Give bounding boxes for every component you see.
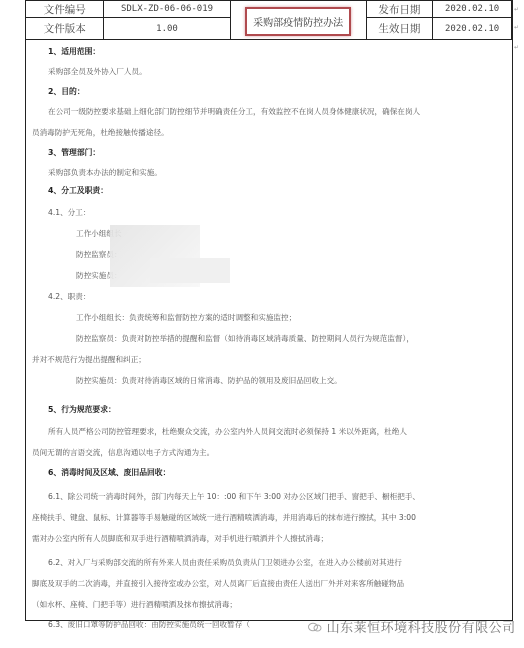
paragraph-mark: ↵: [514, 6, 519, 13]
section-6-1-line1: 6.1、除公司统一消毒时间外，部门内每天上午 10：:00 和下午 3:00 对…: [48, 492, 420, 502]
section-4-2-heading: 4.2、职责：: [48, 292, 90, 302]
section-1-text: 采购部全员及外协入厂人员。: [48, 67, 147, 77]
section-5-line1: 所有人员严格公司防控管理要求，杜绝聚众交流，办公室内外人员间交流时必须保持 1 …: [48, 427, 407, 437]
document-page: [25, 0, 513, 621]
section-2-line1: 在公司一级防控要求基础上细化部门防控细节并明确责任分工，有效监控不在岗人员身体健…: [48, 107, 420, 117]
wechat-icon: [308, 622, 322, 632]
title-cell: 采购部疫情防控办法: [230, 1, 366, 40]
section-3-text: 采购部负责本办法的制定和实施。: [48, 168, 162, 178]
file-version-label: 文件版本: [26, 18, 104, 40]
header-table: 文件编号 SDLX-ZD-06-06-019 采购部疫情防控办法 发布日期 20…: [25, 0, 512, 40]
section-5-heading: 5、行为规范要求：: [48, 405, 116, 415]
publish-date-label: 发布日期: [366, 1, 433, 18]
section-6-3-line1: 6.3、废旧口罩等防护品回收：由防控实施员统一回收暂存（: [48, 620, 250, 630]
watermark: 山东莱恒环境科技股份有限公司: [308, 617, 516, 636]
section-6-2-line1: 6.2、对入厂与采购部交流的所有外来人员由责任采购员负责从门卫领进办公室，在进入…: [48, 558, 402, 568]
duty-monitor-line1: 防控监察员：负责对防控举措的提醒和监督（如待消毒区域消毒质量、防控期间人员行为规…: [76, 334, 414, 344]
file-number-label: 文件编号: [26, 1, 104, 18]
effective-date-label: 生效日期: [366, 18, 433, 40]
paragraph-mark: ↵: [514, 44, 519, 51]
file-number-value: SDLX-ZD-06-06-019: [104, 1, 230, 18]
duty-executor: 防控实施员：负责对待消毒区域的日常消毒、防护品的领用及废旧品回收上交。: [76, 376, 342, 386]
watermark-text: 山东莱恒环境科技股份有限公司: [327, 621, 516, 636]
section-2-line2: 员消毒防护无死角，杜绝接触传播途径。: [32, 128, 169, 138]
section-4-heading: 4、分工及职责：: [48, 186, 108, 196]
section-6-1-line2: 座椅扶手、键盘、鼠标、计算器等手易触碰的区域统一进行酒精喷洒消毒，并用消毒后的抹…: [32, 513, 416, 523]
effective-date-value: 2020.02.10: [433, 18, 512, 40]
section-5-line2: 员间无谓的言语交流，信息沟通以电子方式沟通为主。: [32, 448, 214, 458]
section-6-heading: 6、消毒时间及区域、废旧品回收：: [48, 468, 170, 478]
file-version-value: 1.00: [104, 18, 230, 40]
paragraph-mark: ↵: [514, 24, 519, 31]
document-title: 采购部疫情防控办法: [245, 7, 351, 36]
section-6-1-line3: 需对办公室内所有人员脚底和双手进行酒精喷洒消毒，对手机进行喷洒并个人擦拭消毒；: [32, 534, 328, 544]
duty-monitor-line2: 并对不规范行为提出提醒和纠正；: [32, 355, 146, 365]
section-3-heading: 3、管理部门：: [48, 148, 100, 158]
duty-leader: 工作小组组长：负责统筹和监督防控方案的适时调整和实施监控；: [76, 313, 296, 323]
section-1-heading: 1、适用范围：: [48, 47, 100, 57]
publish-date-value: 2020.02.10: [433, 1, 512, 18]
section-6-2-line3: （如水杯、座椅、门把手等）进行酒精喷洒及抹布擦拭消毒；: [32, 600, 237, 610]
section-2-heading: 2、目的：: [48, 87, 85, 97]
redacted-names-overlay: [150, 258, 230, 283]
section-4-1-heading: 4.1、分工：: [48, 208, 90, 218]
section-6-2-line2: 脚底及双手的二次消毒，并直接引入接待室或办公室，对人员离厂后直接由责任人送出厂外…: [32, 579, 404, 589]
